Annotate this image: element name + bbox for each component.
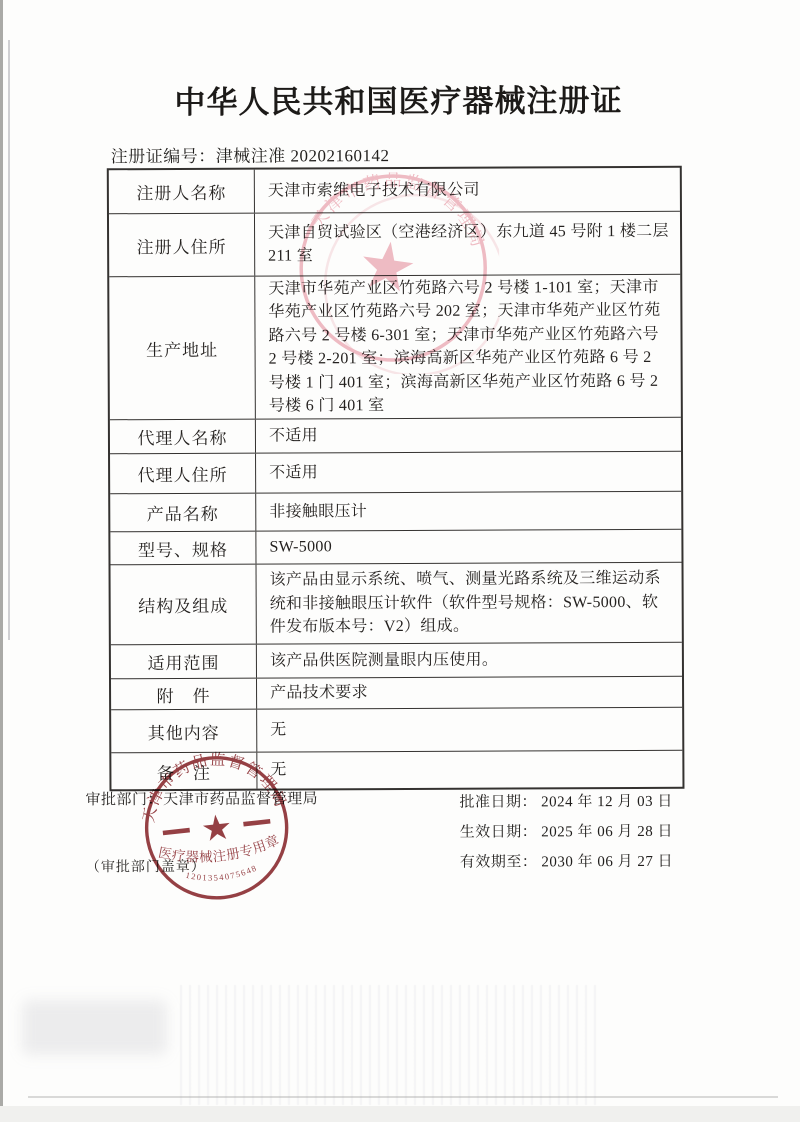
registration-number-value: 津械注准 20202160142 xyxy=(216,146,390,166)
expiry-date-value: 2030 年 06 月 27 日 xyxy=(541,854,673,871)
registration-number-label: 注册证编号： xyxy=(111,147,216,166)
row-value: 该产品供医院测量眼内压使用。 xyxy=(257,643,682,678)
row-value: 该产品由显示系统、喷气、测量光路系统及三维运动系统和非接触眼压计软件（软件型号规… xyxy=(257,563,682,644)
date-block: 批准日期：2024 年 12 月 03 日 生效日期：2025 年 06 月 2… xyxy=(459,787,673,878)
table-row: 型号、规格 SW-5000 xyxy=(110,530,681,565)
table-row: 代理人名称 不适用 xyxy=(110,418,681,454)
row-value: 天津市华苑产业区竹苑路六号 2 号楼 1-101 室；天津市华苑产业区竹苑路六号… xyxy=(255,275,681,419)
row-label: 生产地址 xyxy=(109,277,256,420)
row-value: 天津自贸试验区（空港经济区）东九道 45 号附 1 楼二层 211 室 xyxy=(255,212,680,276)
row-label: 注册人名称 xyxy=(109,170,255,214)
approval-seal-note: （审批部门盖章） xyxy=(86,856,206,877)
table-row: 其他内容 无 xyxy=(111,708,682,753)
row-label: 代理人住所 xyxy=(110,454,256,494)
approval-date-line: 批准日期：2024 年 12 月 03 日 xyxy=(459,787,672,818)
page-title: 中华人民共和国医疗器械注册证 xyxy=(0,74,799,122)
row-value: 天津市索维电子技术有限公司 xyxy=(255,168,680,213)
table-row: 注册人住所 天津自贸试验区（空港经济区）东九道 45 号附 1 楼二层 211 … xyxy=(109,212,680,277)
scan-edge-artifact xyxy=(8,40,10,640)
row-label: 型号、规格 xyxy=(110,532,256,565)
table-row: 注册人名称 天津市索维电子技术有限公司 xyxy=(109,168,680,214)
row-value: 不适用 xyxy=(256,418,681,453)
row-value: 不适用 xyxy=(256,452,681,493)
row-label: 产品名称 xyxy=(110,494,256,532)
scan-smudge-artifact xyxy=(22,1000,167,1055)
table-row: 生产地址 天津市华苑产业区竹苑路六号 2 号楼 1-101 室；天津市华苑产业区… xyxy=(109,275,681,420)
expiry-date-label: 有效期至： xyxy=(460,854,538,870)
table-row: 适用范围 该产品供医院测量眼内压使用。 xyxy=(111,643,682,679)
row-label: 注册人住所 xyxy=(109,214,255,277)
approval-date-value: 2024 年 12 月 03 日 xyxy=(541,794,673,811)
row-value: 无 xyxy=(257,751,682,789)
table-row: 备 注 无 xyxy=(111,751,682,789)
row-value: SW-5000 xyxy=(256,530,681,564)
row-value: 无 xyxy=(257,708,682,752)
seal-left-dash xyxy=(163,828,190,836)
scan-bottom-edge xyxy=(28,1096,778,1098)
table-row: 代理人住所 不适用 xyxy=(110,452,681,494)
scan-edge-artifact xyxy=(0,0,3,1122)
expiry-date-line: 有效期至：2030 年 06 月 27 日 xyxy=(460,847,673,878)
scanned-certificate-page: 中华人民共和国医疗器械注册证 注册证编号：津械注准 20202160142 注册… xyxy=(0,0,800,1122)
table-row: 结构及组成 该产品由显示系统、喷气、测量光路系统及三维运动系统和非接触眼压计软件… xyxy=(111,563,682,645)
row-value: 非接触眼压计 xyxy=(256,492,681,531)
star-icon: ★ xyxy=(199,807,234,849)
scan-noise-artifact xyxy=(180,985,600,1105)
effective-date-line: 生效日期：2025 年 06 月 28 日 xyxy=(460,817,673,848)
approval-department-value: 天津市药品监督管理局 xyxy=(163,791,318,808)
row-label: 适用范围 xyxy=(111,645,257,679)
row-label: 附 件 xyxy=(111,679,257,710)
certificate-table: 注册人名称 天津市索维电子技术有限公司 注册人住所 天津自贸试验区（空港经济区）… xyxy=(107,166,685,792)
row-value: 产品技术要求 xyxy=(257,677,682,709)
row-label: 代理人名称 xyxy=(110,420,256,454)
registration-number-line: 注册证编号：津械注准 20202160142 xyxy=(111,141,390,167)
effective-date-value: 2025 年 06 月 28 日 xyxy=(541,824,673,841)
table-row: 附 件 产品技术要求 xyxy=(111,677,682,710)
table-row: 产品名称 非接触眼压计 xyxy=(110,492,681,532)
seal-right-dash xyxy=(243,819,270,827)
certificate-sheet: 中华人民共和国医疗器械注册证 注册证编号：津械注准 20202160142 注册… xyxy=(0,0,800,1122)
approval-date-label: 批准日期： xyxy=(460,794,538,810)
effective-date-label: 生效日期： xyxy=(460,824,538,840)
approval-department-line: 审批部门：天津市药品监督管理局 xyxy=(85,787,318,809)
row-label: 结构及组成 xyxy=(111,565,257,645)
row-label: 备 注 xyxy=(111,753,257,790)
approval-department-label: 审批部门： xyxy=(85,792,163,808)
scan-bottom-strip xyxy=(0,1106,800,1122)
row-label: 其他内容 xyxy=(111,710,257,753)
